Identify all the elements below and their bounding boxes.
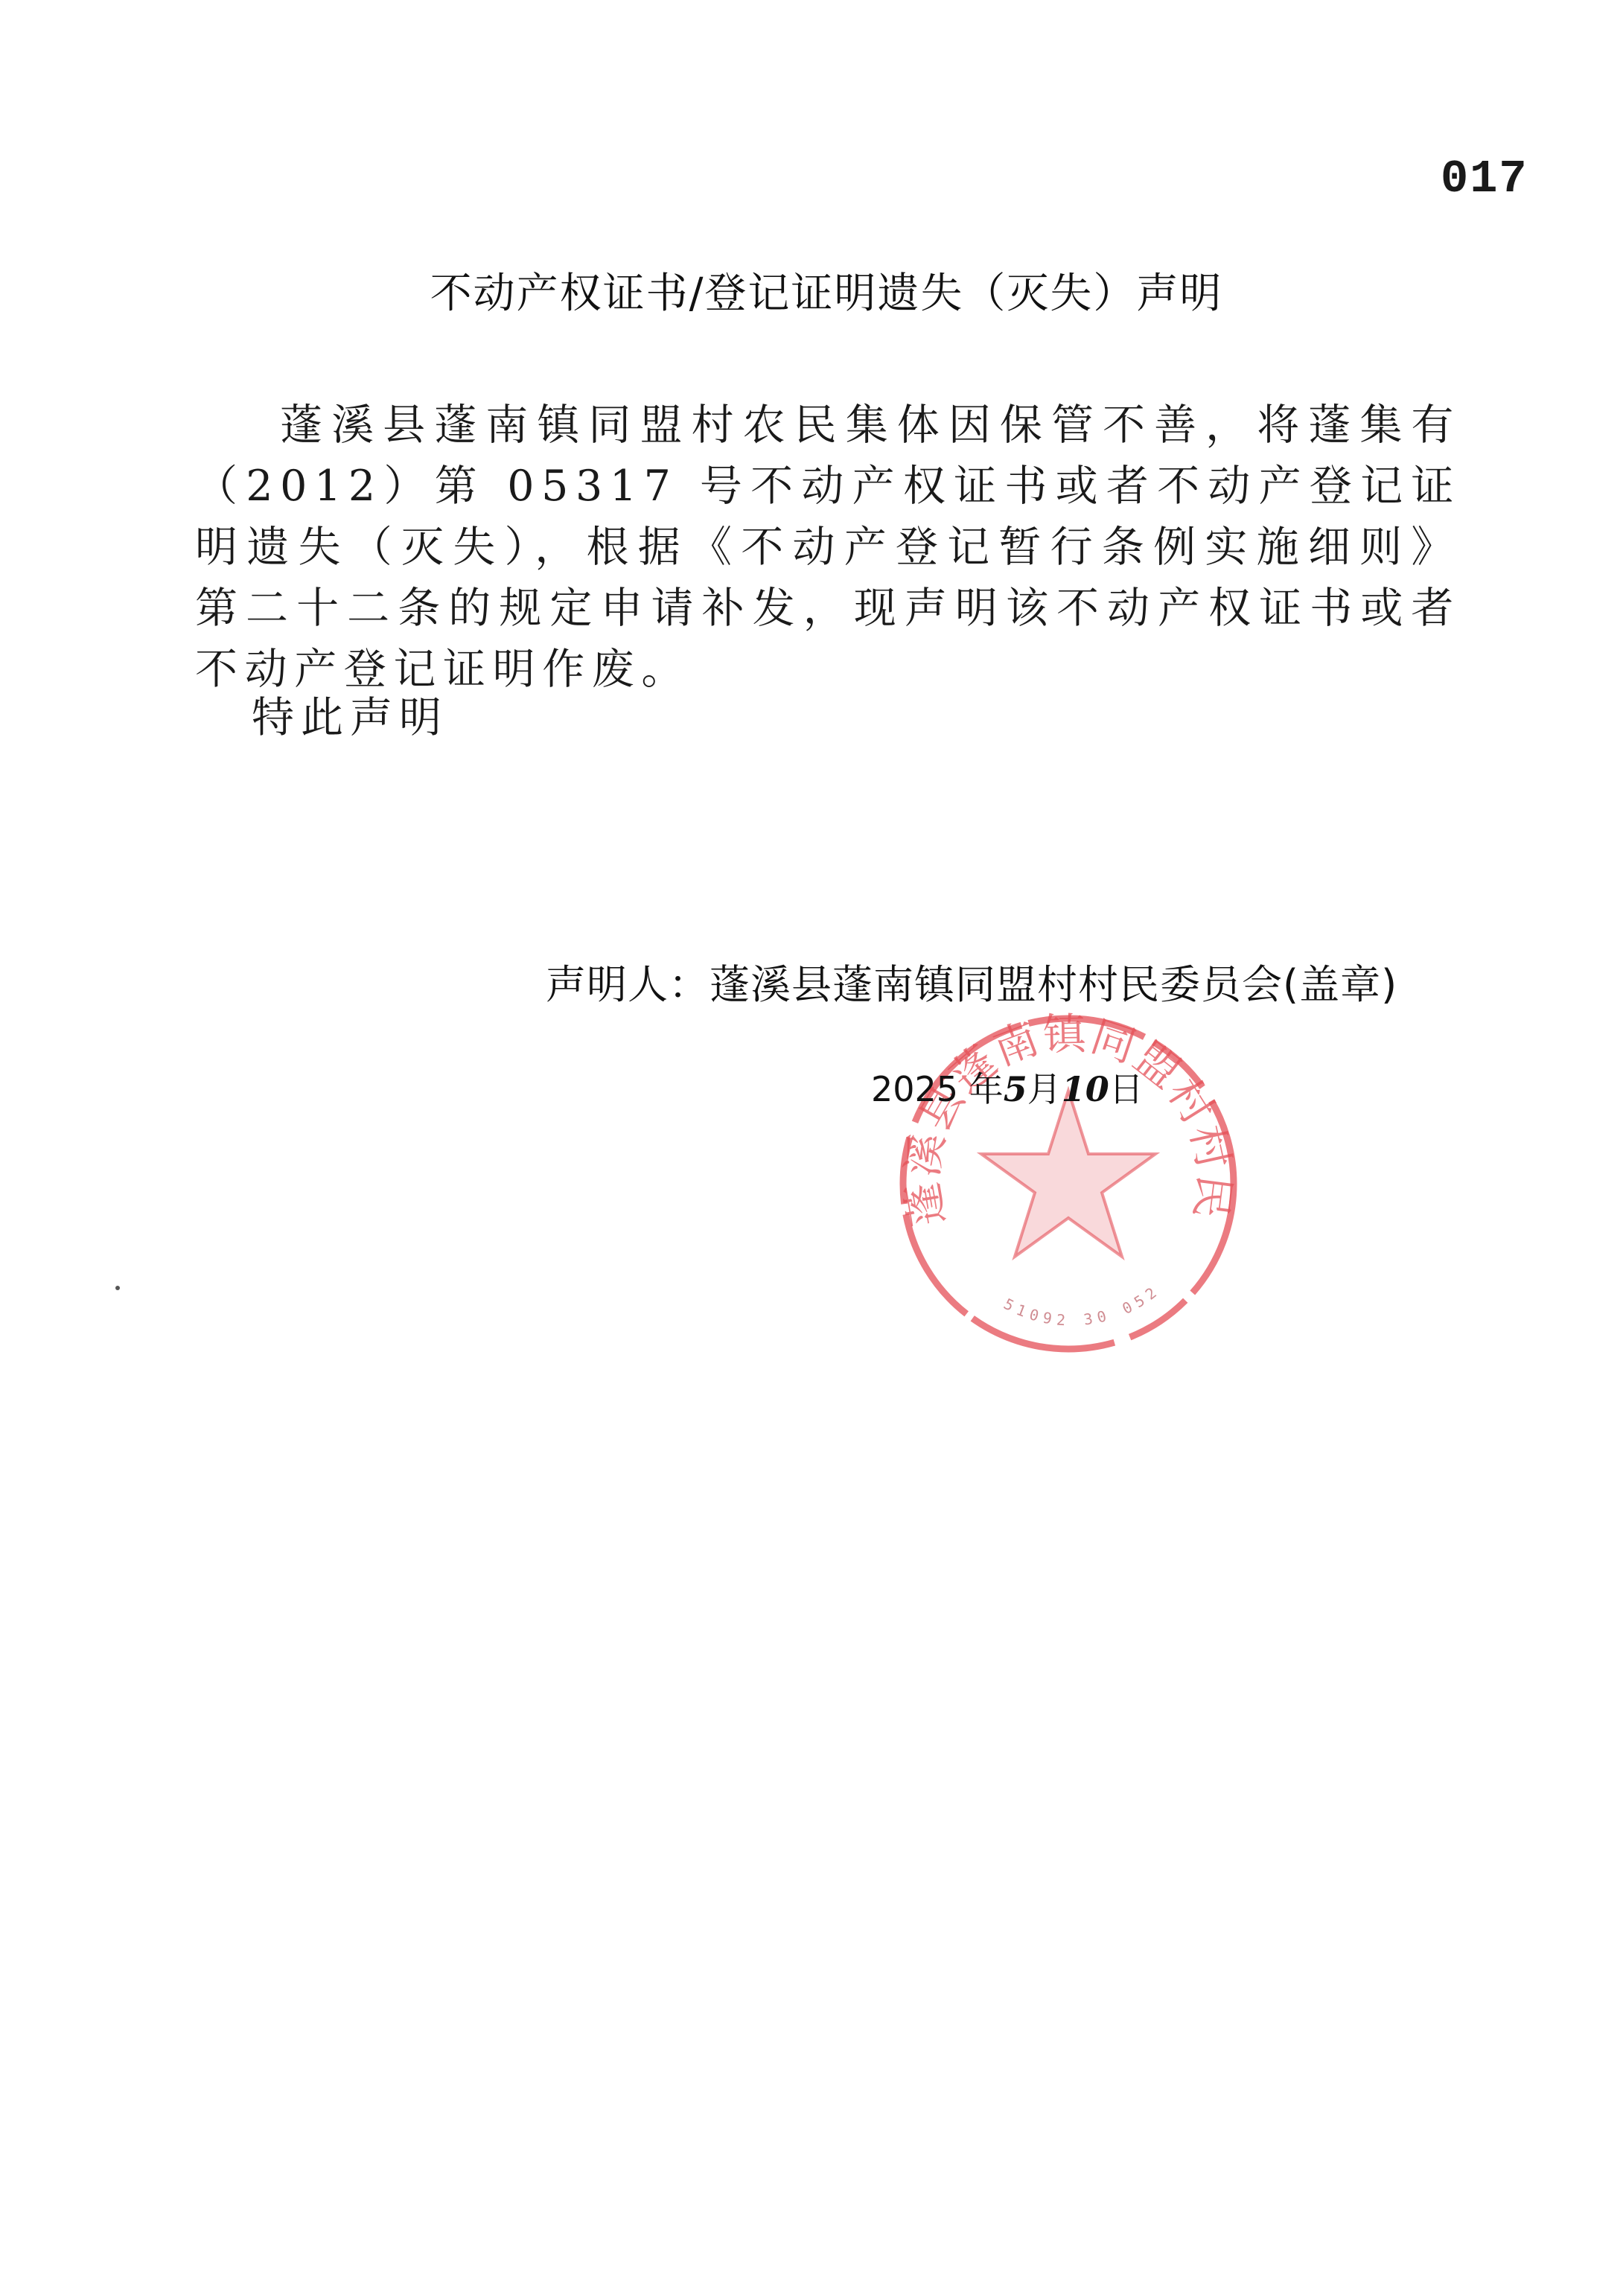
signatory-line: 声明人：蓬溪县蓬南镇同盟村村民委员会(盖章) — [546, 953, 1397, 1010]
closing-statement: 特此声明 — [252, 683, 448, 744]
date-day-handwritten: 10 — [1062, 1069, 1109, 1109]
page-number: 017 — [1441, 153, 1528, 205]
declaration-body: 蓬溪县蓬南镇同盟村农民集体因保管不善，将蓬集有（2012）第 05317 号不动… — [195, 395, 1461, 700]
date-month-suffix: 月 — [1027, 1069, 1062, 1109]
declaration-date: 2025 年5月10日 — [871, 1062, 1144, 1112]
scan-speck — [115, 1286, 120, 1290]
document-title: 不动产权证书/登记证明遗失（灭失）声明 — [0, 261, 1623, 320]
date-year: 2025 — [871, 1069, 958, 1109]
star-icon — [981, 1091, 1155, 1257]
date-year-suffix: 年 — [958, 1069, 1004, 1109]
date-day-suffix: 日 — [1109, 1069, 1144, 1109]
date-month-handwritten: 5 — [1004, 1069, 1027, 1109]
official-seal-stamp: 蓬溪县蓬南镇同盟村村民委员会 51092 30 0521 — [893, 1009, 1243, 1359]
